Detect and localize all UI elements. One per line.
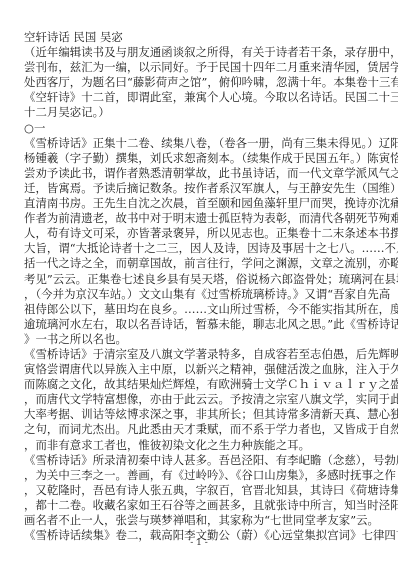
text-line: 《空轩诗》十二首，即谓此室，兼寓个人心境。今取以名诗话。民国二十三年 [24,90,368,105]
document-page: 空轩诗话 民国 吴宓 （近年编辑读书及与朋友通函谈叙之所得，有关于诗者若干条，录… [24,30,368,543]
text-line: 直清南书房。王先生自沈之次晨，首至颐和园鱼藻轩里尸而哭，挽诗亦沈痛。 [24,196,368,211]
text-line: 括一代之诗之全，而朝章国故，前言往行，学问之渊源，文章之流别，亦略可 [24,256,368,271]
text-line: 画名者不止一人，张尝与瑛梦禅唱和，其家称为“七世同堂孝友家”云。 [24,513,368,528]
text-line: 大率考据、训诂等炫博求深之事，非其所长；但其诗常多清新天真、慧心独造 [24,407,368,422]
page-number: - 1 - [0,538,398,548]
text-line: ，而唐代文学特富想像，亦由于此云云。予按清之宗室八旗文学，实同于此。 [24,392,368,407]
text-line: 作者为前清遗老，故书中对于明末遗士孤臣特为表彰，而清代各朝死节殉难之 [24,211,368,226]
text-line: ，又乾隆时，吾邑有诗人张五典，字叙百，官晋北知县，其诗曰《荷塘诗集》 [24,483,368,498]
text-line: ○一 [24,121,368,136]
text-line: 逾琉璃河水左右，取以名吾诗话，暂慕未能，聊志北风之思。”此《雪桥诗话 [24,317,368,332]
text-line: 考见”云云。正集卷七述良乡县有吴天塔，俗说杨六郎盗骨处；琉璃河在县境 [24,272,368,287]
text-line: 寅恪尝谓唐代以异族入主中原，以新兴之精神，强健活泼之血脉，注入于久远 [24,362,368,377]
text-line: ，（今并为京汉车站。）文文山集有《过雪桥琉璃桥诗。》又谓“吾家自先高 [24,287,368,302]
text-line: （近年编辑读书及与朋友通函谈叙之所得，有关于诗者若干条，录存册中，未 [24,45,368,60]
text-line: 《雪桥诗话》所录清初秦中诗人甚多。吾邑泾阳、有李屺瞻（念慈），号勃庵 [24,453,368,468]
text-line: 》一书之所以名也。 [24,332,368,347]
document-title: 空轩诗话 民国 吴宓 [24,30,368,45]
text-line: 尝刊布，兹汇为一编，以示同好。予于民国十四年二月重来清华园，赁居学务 [24,60,368,75]
text-line: 迁，皆寓焉。予读后摘记数条。按作者系汉军旗人，与王静安先生（国维）同 [24,181,368,196]
text-line: ，为关中三李之一。善画，有《过岭吟》、《谷口山房集》，多感时抚事之作 [24,468,368,483]
text-line: 十二月吴宓记。） [24,105,368,120]
text-line: 人，苟有诗文可采，亦皆著录褒异，所以见志也。正集卷十二末条述本书撰集 [24,226,368,241]
text-line: ，都十二卷。收藏名家如王石谷等之画甚多，且就张诗中所言，知当时泾阳以 [24,498,368,513]
text-line: 祖侍郎公以下，墓田均在良乡。……文山所过雪桥，今不能实指其所在，度不 [24,302,368,317]
text-line: 杨锺羲（字子勤）撰集，刘氏求恕斋刻本。（续集作成于民国五年。）陈寅恪 [24,151,368,166]
text-line: 而陈腐之文化，故其结果灿烂辉煌，有欧洲骑士文学Ｃｈｉｖａｌｒｙ之盛况 [24,377,368,392]
text-line: ，而非有意求工者也，惟彼初染文化之生力种族能之耳。 [24,438,368,453]
document-body: （近年编辑读书及与朋友通函谈叙之所得，有关于诗者若干条，录存册中，未尝刊布，兹汇… [24,45,368,543]
text-line: 处西客厅，为题名曰“藤影荷声之馆”，俯仰吟啸，忽满十年。本集卷十三有 [24,75,368,90]
text-line: 大旨，谓“大抵论诗者十之二三，因人及诗，因诗及事居十之七八。……不足 [24,241,368,256]
text-line: 尝劝予读此书，谓作者熟悉清朝掌故，此书虽诗话，而一代文章学派风气之变 [24,166,368,181]
text-line: 《雪桥诗话》正集十二卷、续集八卷，（卷各一册，尚有三集未得见。）辽阳 [24,136,368,151]
text-line: 《雪桥诗话》于清宗室及八旗文学著录特多，自成容若至志伯愚，后先辉映。 [24,347,368,362]
text-line: 之句，而词尤杰出。凡此悉由天才秉赋，而不系于学力者也，又皆成于自然 [24,422,368,437]
